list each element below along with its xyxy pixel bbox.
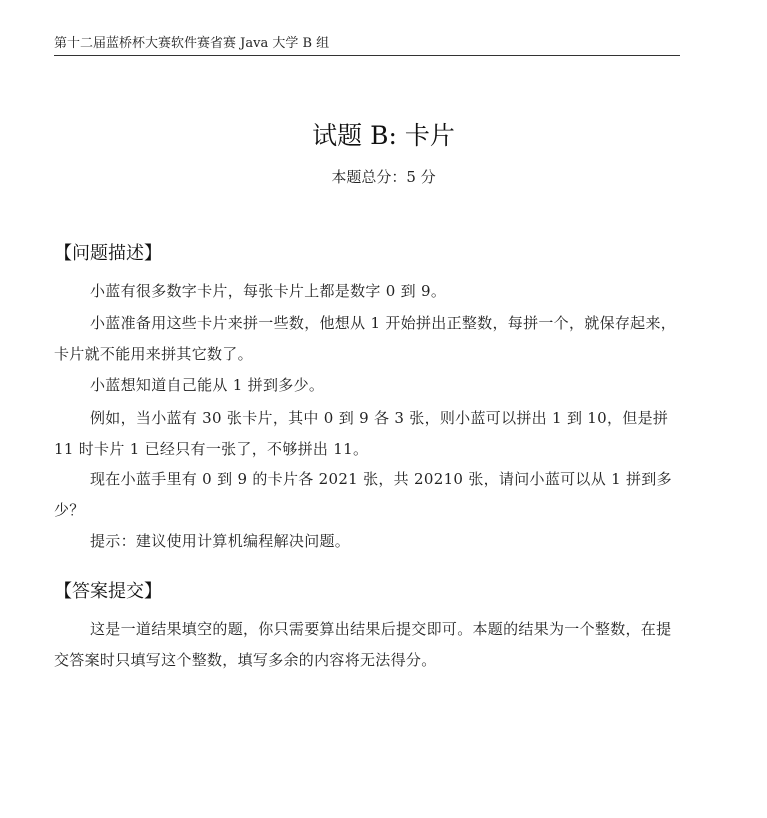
- running-header: 第十二届蓝桥杯大赛软件赛省赛 Java 大学 B 组: [54, 36, 680, 56]
- section-heading-submission: 【答案提交】: [54, 579, 162, 605]
- description-paragraph-4: 例如，当小蓝有 30 张卡片，其中 0 到 9 各 3 张，则小蓝可以拼出 1 …: [54, 403, 682, 465]
- submission-paragraph-1: 这是一道结果填空的题，你只需要算出结果后提交即可。本题的结果为一个整数，在提交答…: [54, 614, 682, 676]
- description-paragraph-2: 小蓝准备用这些卡片来拼一些数，他想从 1 开始拼出正整数，每拼一个，就保存起来，…: [54, 308, 682, 370]
- description-paragraph-6: 提示：建议使用计算机编程解决问题。: [54, 526, 682, 557]
- description-paragraph-3: 小蓝想知道自己能从 1 拼到多少。: [54, 370, 682, 401]
- section-heading-description: 【问题描述】: [54, 241, 162, 267]
- problem-title: 试题 B: 卡片: [0, 119, 767, 153]
- description-paragraph-5: 现在小蓝手里有 0 到 9 的卡片各 2021 张，共 20210 张，请问小蓝…: [54, 464, 682, 526]
- description-paragraph-1: 小蓝有很多数字卡片，每张卡片上都是数字 0 到 9。: [54, 276, 682, 307]
- problem-score: 本题总分：5 分: [0, 166, 767, 188]
